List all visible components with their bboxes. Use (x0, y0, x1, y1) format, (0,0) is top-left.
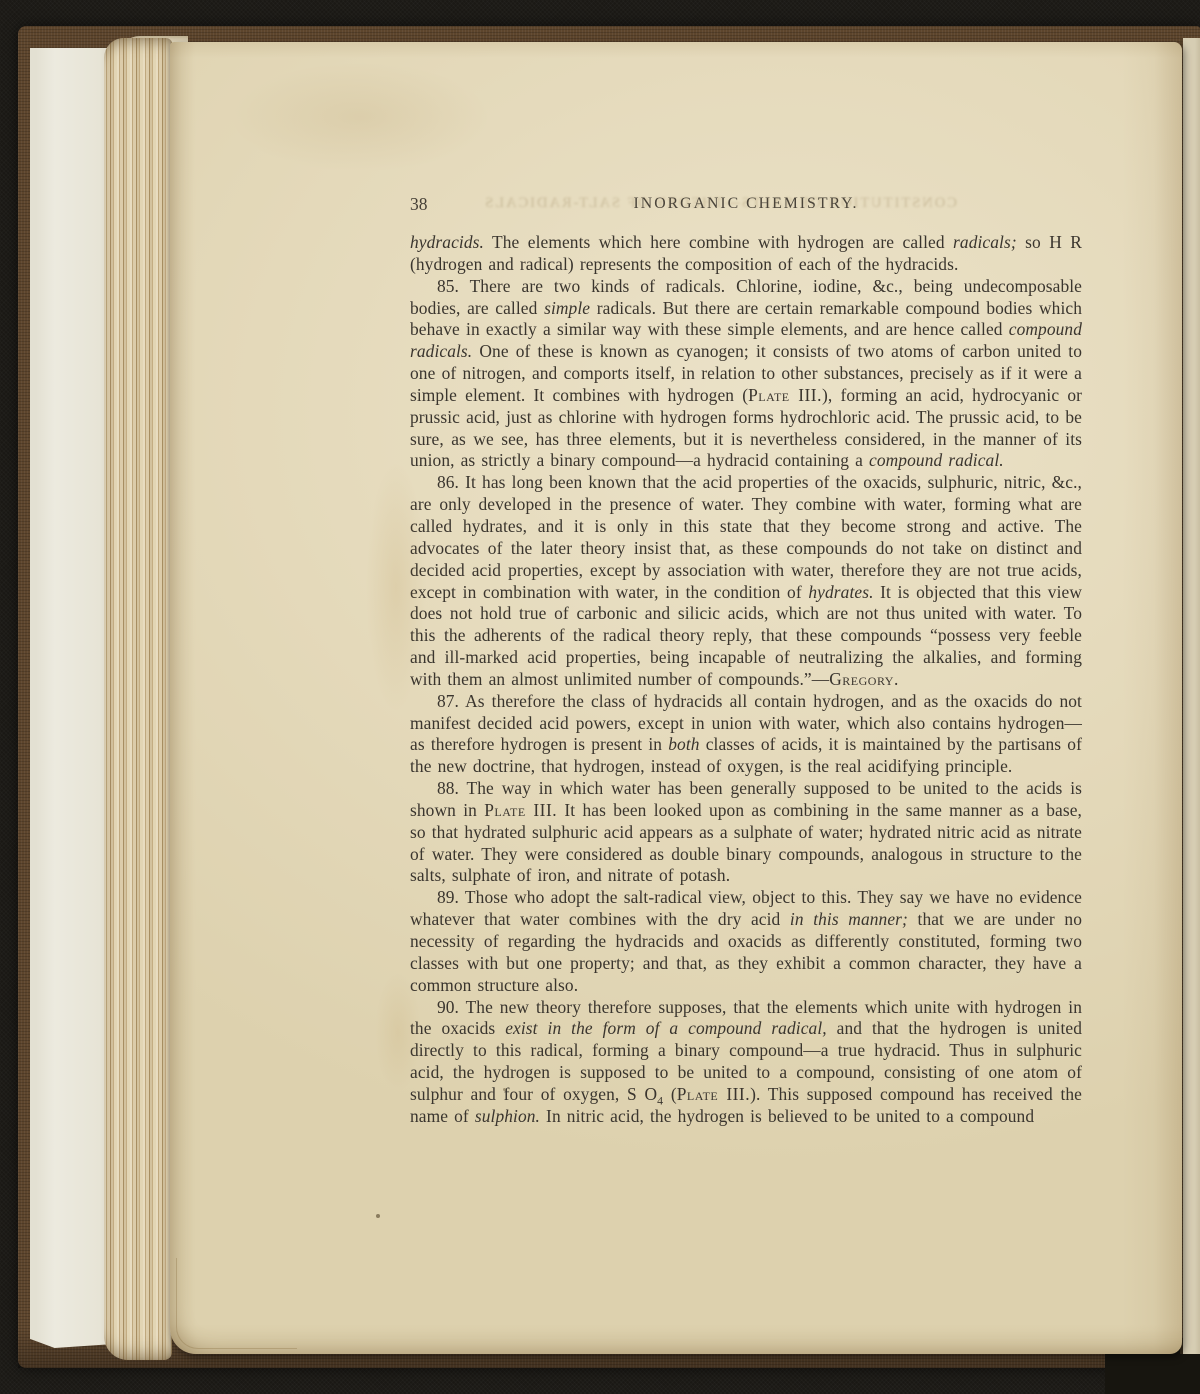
page-header: 38 INORGANIC CHEMISTRY. (410, 194, 1082, 218)
text-block: hydracids. The elements which here combi… (410, 232, 1082, 1128)
paragraph: 86. It has long been known that the acid… (410, 472, 1082, 690)
paragraph: 87. As therefore the class of hydracids … (410, 691, 1082, 778)
paragraph: 85. There are two kinds of radicals. Chl… (410, 276, 1082, 473)
paragraph: 90. The new theory therefore supposes, t… (410, 997, 1082, 1128)
page-stack-edges (104, 38, 172, 1360)
paragraph: 88. The way in which water has been gene… (410, 778, 1082, 887)
book-page: CONSTITUTION OF SALTS—THEORY OF SALT-RAD… (170, 42, 1182, 1354)
running-head: INORGANIC CHEMISTRY. (410, 195, 1082, 213)
paragraph: hydracids. The elements which here combi… (410, 232, 1082, 276)
page-speck (376, 1214, 380, 1218)
page-stain (230, 62, 490, 172)
book-scan-photo: { "scan": { "page_number": "38", "runnin… (0, 0, 1200, 1394)
next-page-edge (1180, 38, 1200, 1354)
endpaper (30, 48, 112, 1348)
paragraph: 89. Those who adopt the salt-radical vie… (410, 887, 1082, 996)
